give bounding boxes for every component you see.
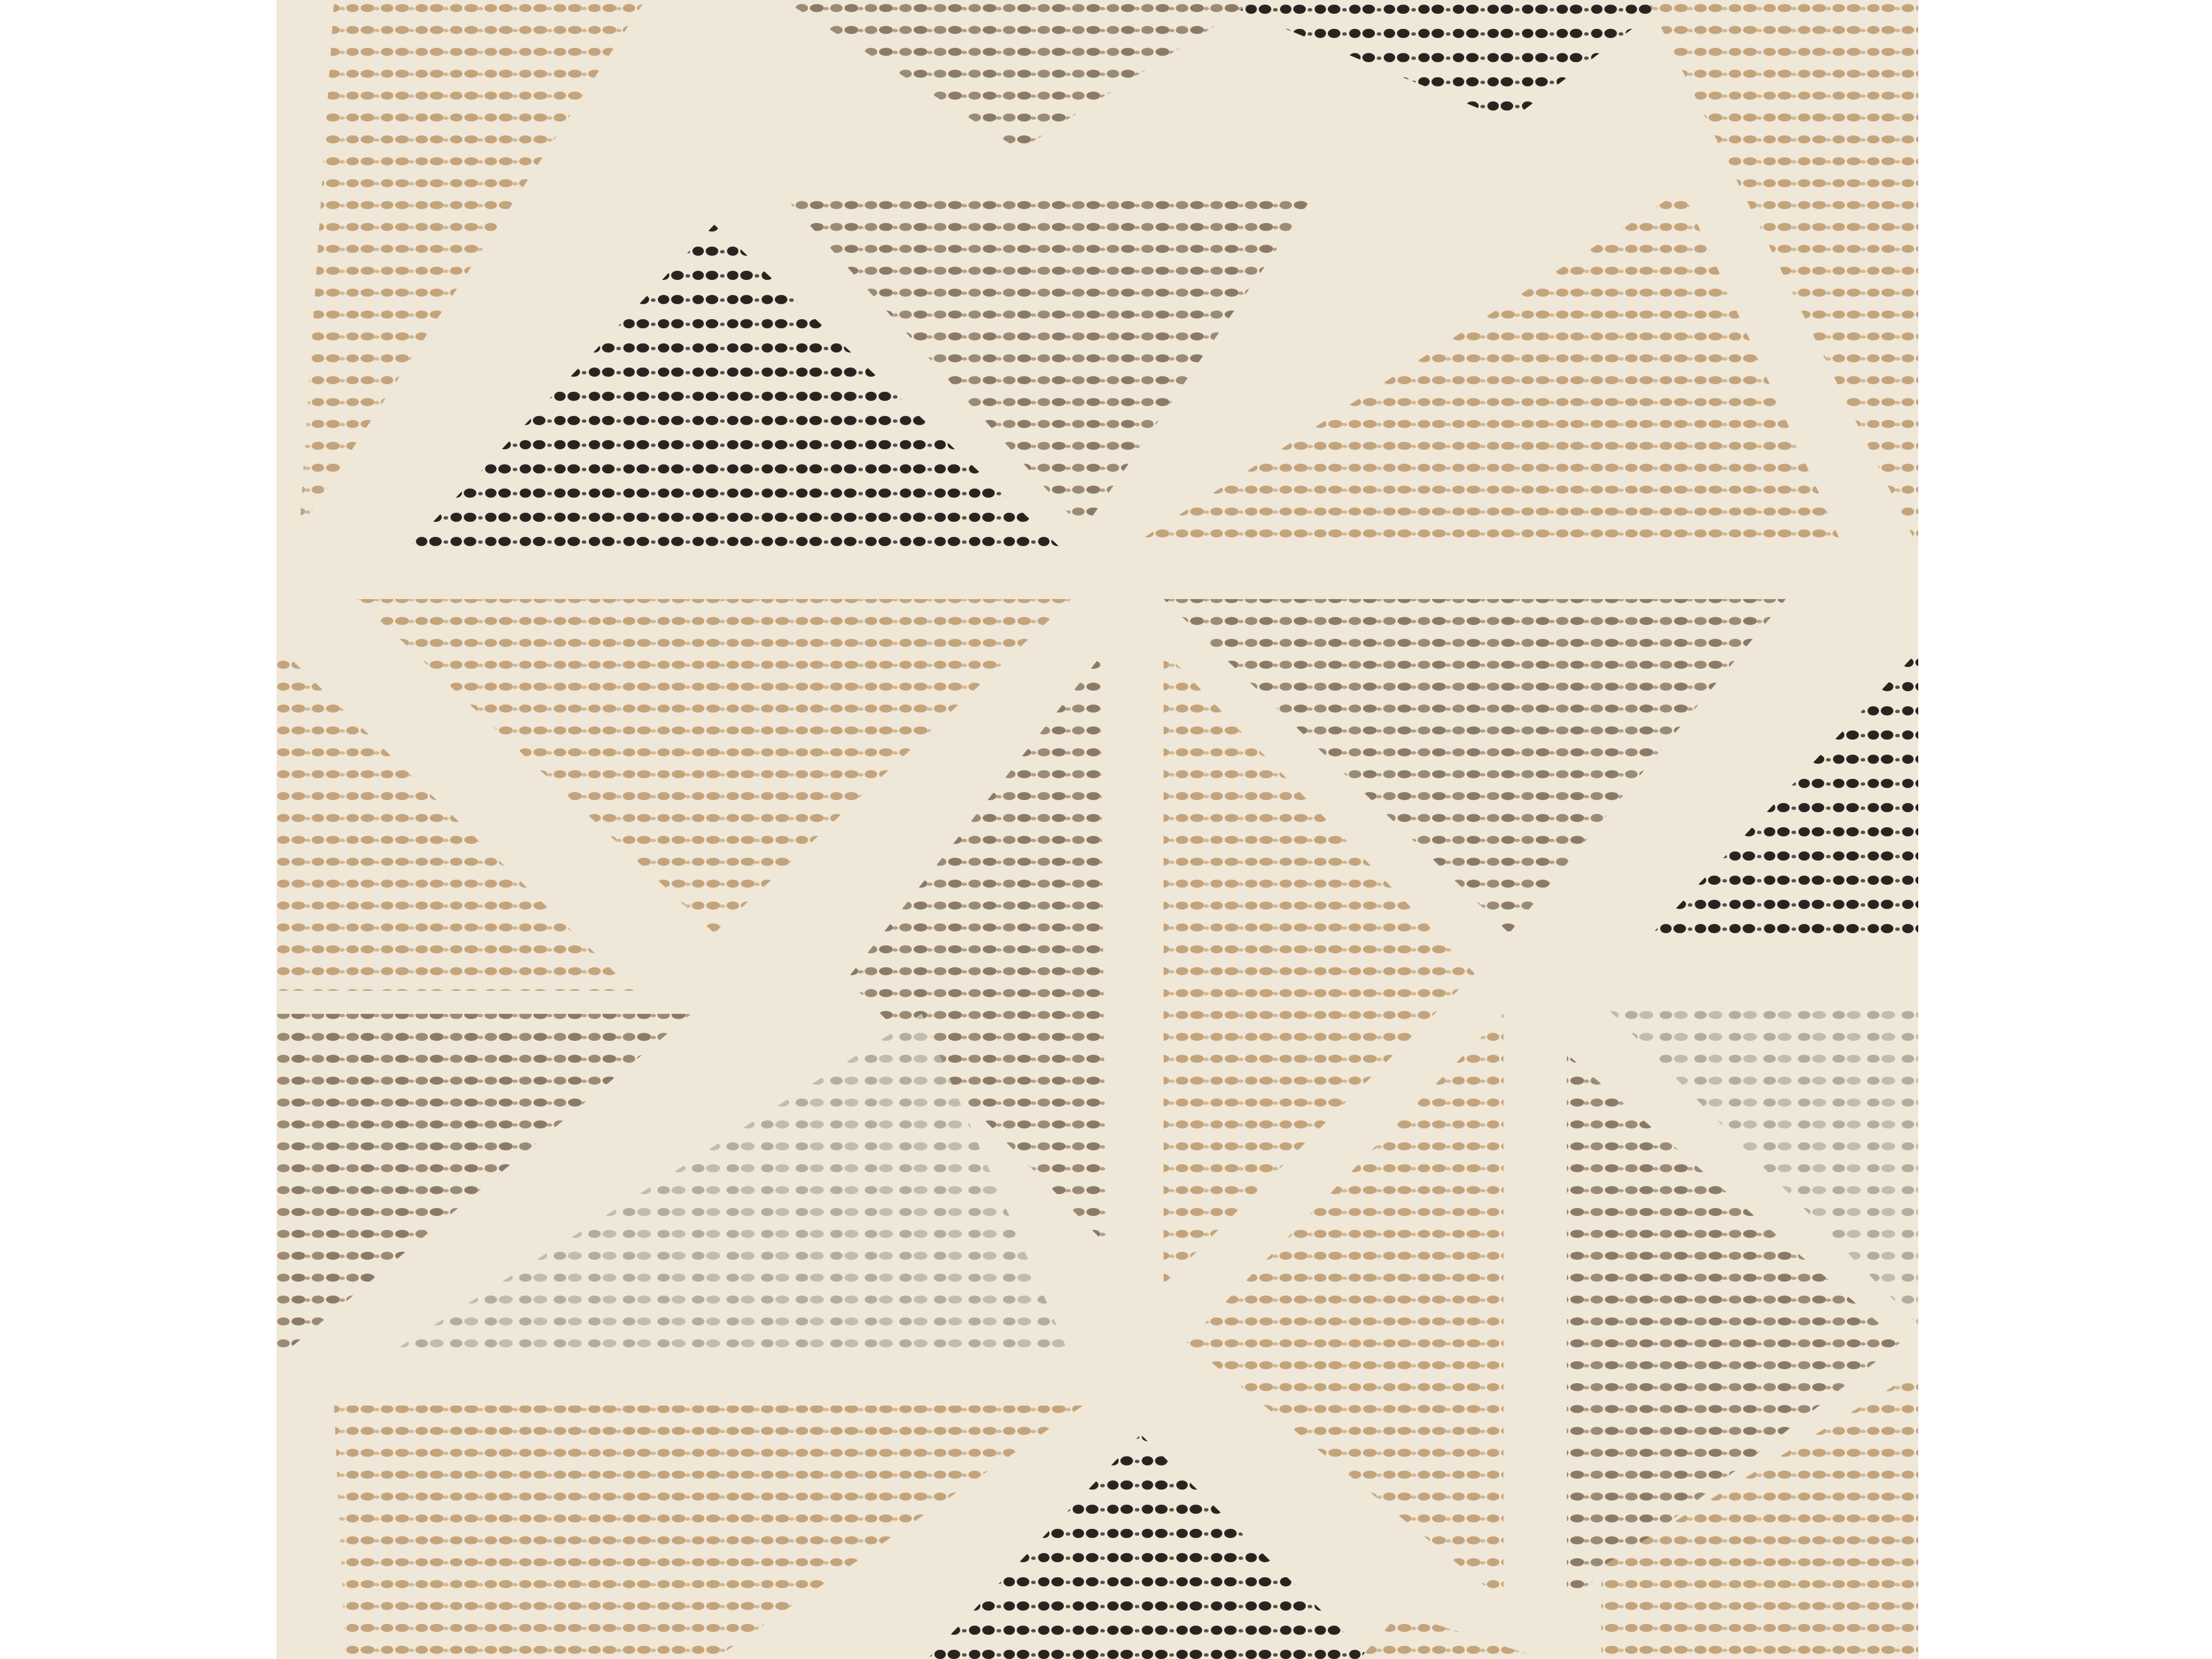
rug-swatch	[276, 0, 1918, 1659]
rug-pattern	[276, 0, 1918, 1659]
charcoal-triangle-bottom	[927, 1434, 1371, 1659]
tan-triangle-bottom-center-right	[1359, 1613, 1544, 1659]
taupe-inverted-triangle-top	[783, 0, 1256, 150]
charcoal-triangle-top-middle	[1215, 0, 1671, 121]
